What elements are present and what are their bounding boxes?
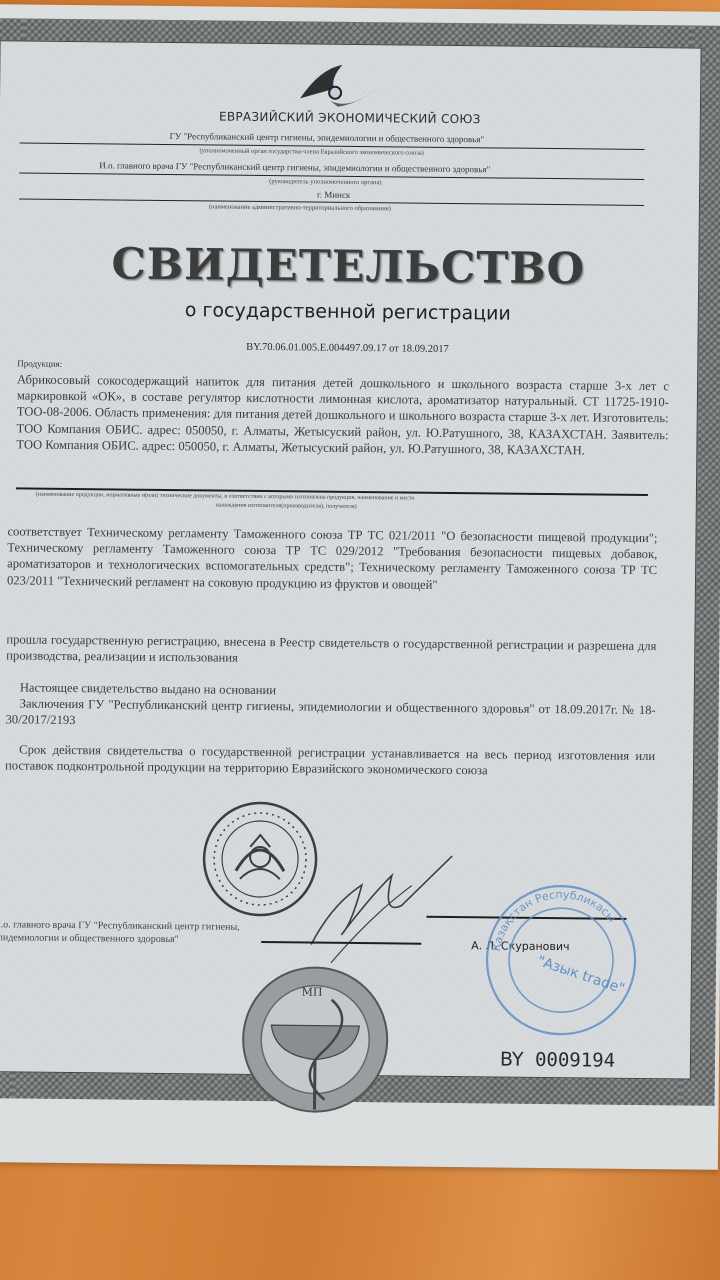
signature-icon <box>291 844 462 966</box>
serial-digits: 0009194 <box>535 1049 615 1072</box>
city-caption: (наименование административно-территориа… <box>209 203 391 212</box>
authority-caption: (уполномоченный орган государства-члена … <box>199 147 423 156</box>
certificate-body: ЕВРАЗИЙСКИЙ ЭКОНОМИЧЕСКИЙ СОЮЗ ГУ "Респу… <box>0 40 702 1079</box>
certificate-sheet: ЕВРАЗИЙСКИЙ ЭКОНОМИЧЕСКИЙ СОЮЗ ГУ "Респу… <box>0 4 720 1170</box>
signer-position: И.о. главного врача ГУ "Республиканский … <box>0 918 243 947</box>
union-title: ЕВРАЗИЙСКИЙ ЭКОНОМИЧЕСКИЙ СОЮЗ <box>0 107 700 128</box>
compliance-text: соответствует Техническому регламенту Та… <box>7 523 658 595</box>
certificate-title: СВИДЕТЕЛЬСТВО <box>0 238 699 295</box>
city: г. Минск <box>317 190 350 200</box>
product-label: Продукция: <box>17 358 62 368</box>
product-caption: (наименование продукции, нормативные и(и… <box>36 492 415 502</box>
seal-label: МП <box>302 985 323 998</box>
serial-number: BY 0009194 <box>500 1049 615 1072</box>
basis-text: Заключения ГУ "Республиканский центр гиг… <box>5 695 655 734</box>
product-description: Абрикосовый сокосодержащий напиток для п… <box>16 371 669 459</box>
certificate-subtitle: о государственной регистрации <box>0 297 698 326</box>
certificate-number: BY.70.06.01.005.E.004497.09.17 от 18.09.… <box>0 339 697 357</box>
registration-text: прошла государственную регистрацию, внес… <box>6 631 656 670</box>
serial-prefix: BY <box>500 1049 524 1071</box>
authority-name: ГУ "Республиканский центр гигиены, эпиде… <box>170 131 485 144</box>
product-caption-2: нахождения изготовителя(производителя), … <box>216 503 357 510</box>
head-caption: (руководитель уполномоченного органа) <box>269 178 381 186</box>
head-name: И.о. главного врача ГУ "Республиканский … <box>99 160 490 174</box>
company-stamp-icon: Қазақстан Республикасы "Азык trade" <box>480 879 642 1041</box>
seal-emblem-icon: МП <box>234 959 396 1121</box>
validity-text: Срок действия свидетельства о государств… <box>5 741 655 780</box>
